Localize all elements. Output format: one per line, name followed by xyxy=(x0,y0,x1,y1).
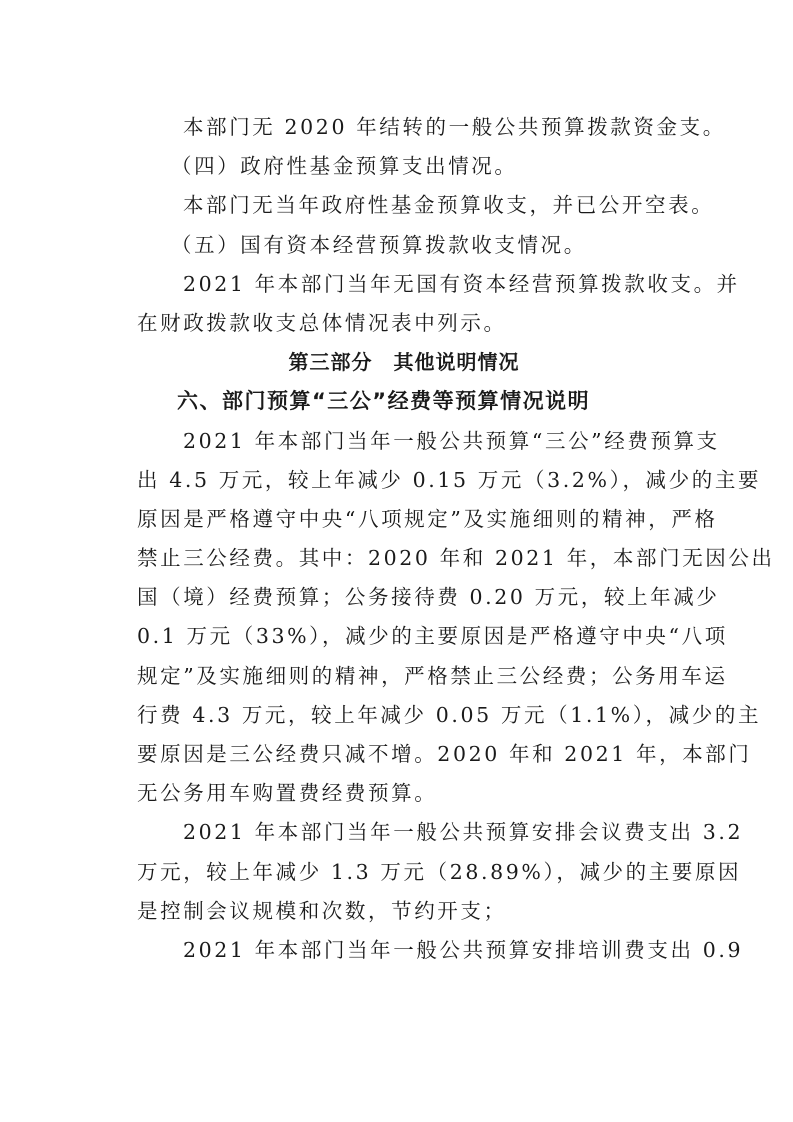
paragraph-line: 要原因是三公经费只减不增。2020 年和 2021 年，本部门 xyxy=(137,735,671,774)
paragraph-line: 是控制会议规模和次数，节约开支； xyxy=(137,892,671,931)
section-heading: 六、部门预算“三公”经费等预算情况说明 xyxy=(137,382,671,421)
paragraph-line: 国（境）经费预算；公务接待费 0.20 万元，较上年减少 xyxy=(137,578,671,617)
paragraph-line: 万元，较上年减少 1.3 万元（28.89%），减少的主要原因 xyxy=(137,853,671,892)
paragraph-line: 本部门无当年政府性基金预算收支，并已公开空表。 xyxy=(137,186,671,225)
section-subheading: （五）国有资本经营预算拨款收支情况。 xyxy=(137,226,671,265)
paragraph-line: 2021 年本部门当年一般公共预算安排培训费支出 0.9 xyxy=(137,931,671,970)
paragraph-line: 2021 年本部门当年一般公共预算“三公”经费预算支 xyxy=(137,422,671,461)
paragraph-line: 禁止三公经费。其中：2020 年和 2021 年，本部门无因公出 xyxy=(137,539,671,578)
paragraph-line: 出 4.5 万元，较上年减少 0.15 万元（3.2%），减少的主要 xyxy=(137,461,671,500)
paragraph-line: 2021 年本部门当年无国有资本经营预算拨款收支。并 xyxy=(137,265,671,304)
paragraph-line: 规定”及实施细则的精神，严格禁止三公经费；公务用车运 xyxy=(137,657,671,696)
paragraph-line: 0.1 万元（33%），减少的主要原因是严格遵守中央“八项 xyxy=(137,617,671,656)
paragraph-line: 原因是严格遵守中央“八项规定”及实施细则的精神，严格 xyxy=(137,500,671,539)
paragraph-line: 2021 年本部门当年一般公共预算安排会议费支出 3.2 xyxy=(137,813,671,852)
paragraph-line: 无公务用车购置费经费预算。 xyxy=(137,774,671,813)
paragraph-line: 本部门无 2020 年结转的一般公共预算拨款资金支。 xyxy=(137,108,671,147)
part-title: 第三部分 其他说明情况 xyxy=(137,343,671,382)
document-page: 本部门无 2020 年结转的一般公共预算拨款资金支。 （四）政府性基金预算支出情… xyxy=(137,108,671,970)
section-subheading: （四）政府性基金预算支出情况。 xyxy=(137,147,671,186)
paragraph-line: 行费 4.3 万元，较上年减少 0.05 万元（1.1%），减少的主 xyxy=(137,696,671,735)
paragraph-line: 在财政拨款收支总体情况表中列示。 xyxy=(137,304,671,343)
